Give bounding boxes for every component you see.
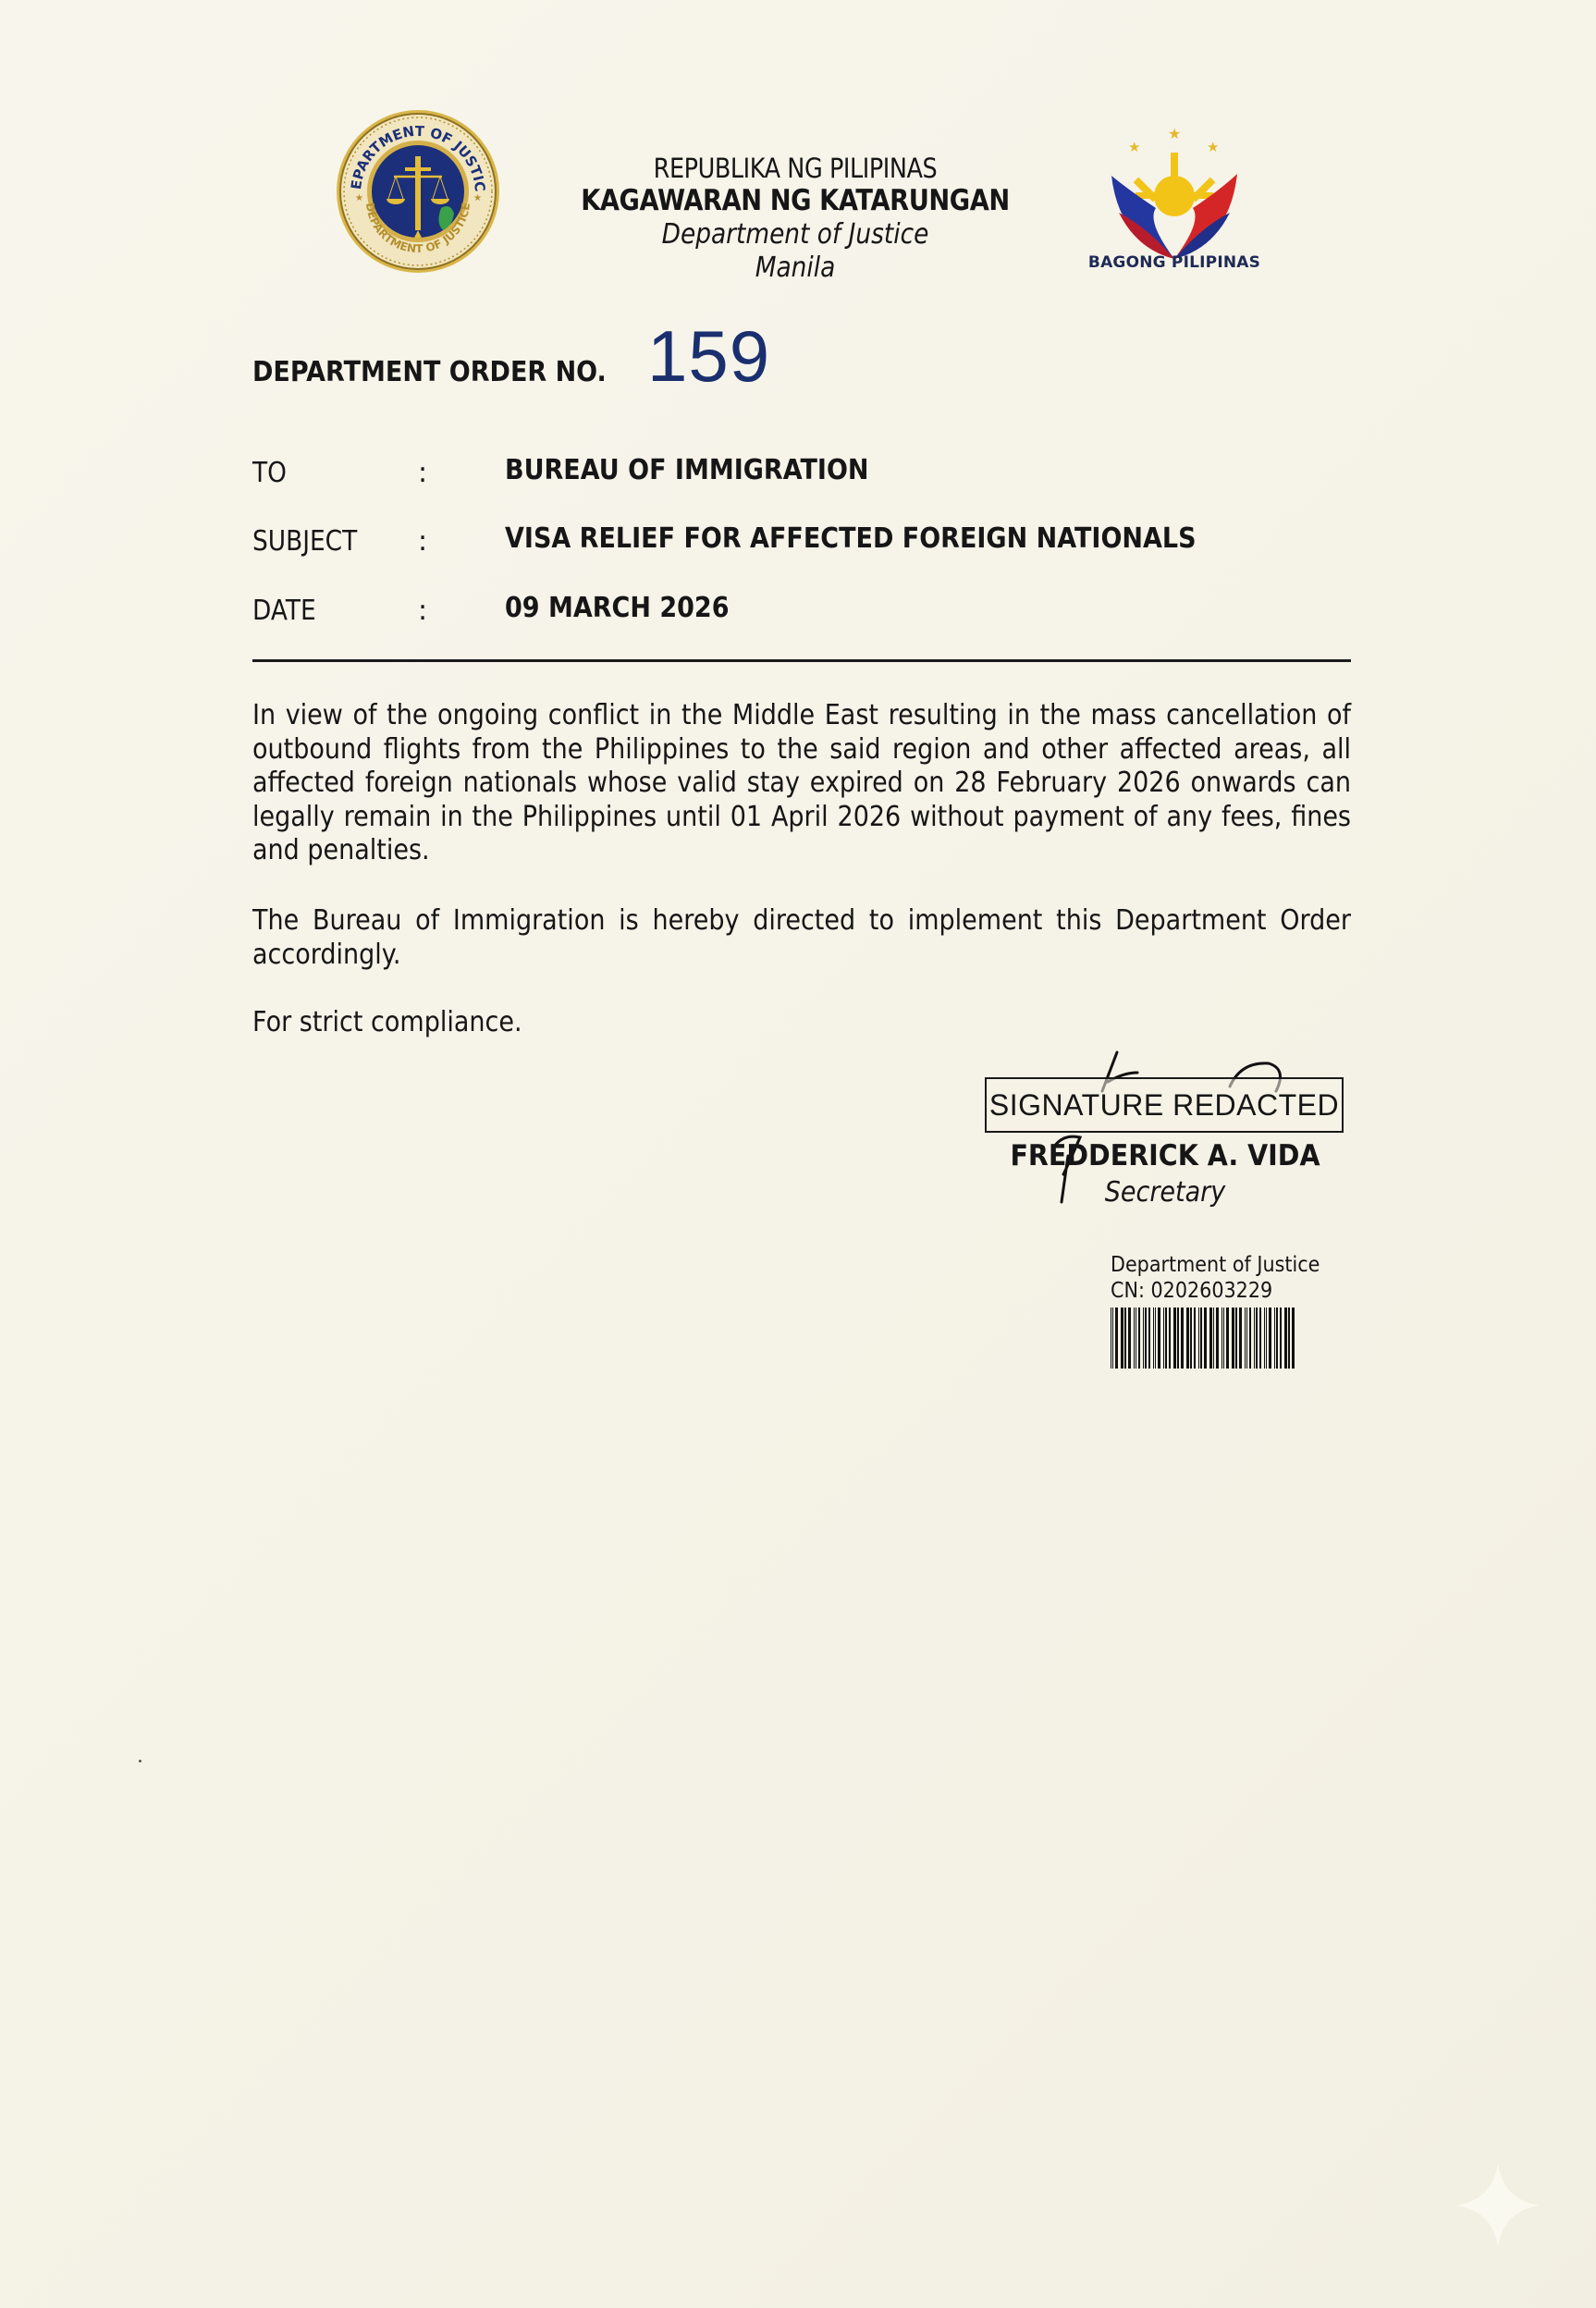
bagong-pilipinas-logo: ★ ★ ★ bbox=[1091, 111, 1258, 277]
svg-text:★: ★ bbox=[1128, 139, 1140, 155]
control-organization: Department of Justice bbox=[1111, 1253, 1320, 1277]
memo-subject-value: VISA RELIEF FOR AFFECTED FOREIGN NATIONA… bbox=[505, 522, 1197, 555]
body-paragraph-3: For strict compliance. bbox=[252, 1006, 1351, 1040]
department-order-number: 159 bbox=[647, 314, 770, 399]
memo-date-label: DATE bbox=[252, 595, 316, 627]
barcode bbox=[1111, 1307, 1295, 1369]
control-number: CN: 0202603229 bbox=[1111, 1279, 1272, 1303]
bagong-pilipinas-label: BAGONG PILIPINAS bbox=[1077, 253, 1271, 272]
letterhead-agency-filipino: KAGAWARAN NG KATARUNGAN bbox=[551, 184, 1039, 217]
svg-text:★: ★ bbox=[1207, 139, 1219, 155]
letterhead-city: Manila bbox=[551, 252, 1039, 284]
memo-subject-colon: : bbox=[418, 525, 427, 558]
header-divider bbox=[252, 659, 1351, 662]
doj-seal-logo: DEPARTMENT OF JUSTICE DEPARTMENT OF JUST… bbox=[335, 108, 501, 275]
sparkle-watermark-icon bbox=[1452, 2159, 1544, 2252]
letterhead-republic: REPUBLIKA NG PILIPINAS bbox=[551, 153, 1039, 184]
memo-to-value: BUREAU OF IMMIGRATION bbox=[505, 454, 869, 486]
svg-text:★: ★ bbox=[473, 193, 482, 203]
body-paragraph-2: The Bureau of Immigration is hereby dire… bbox=[252, 904, 1351, 972]
signature-redacted-box: SIGNATURE REDACTED bbox=[985, 1077, 1344, 1133]
signer-name: FREDDERICK A. VIDA bbox=[978, 1139, 1353, 1172]
svg-text:★: ★ bbox=[355, 193, 363, 203]
memo-date-value: 09 MARCH 2026 bbox=[505, 592, 729, 624]
stray-mark bbox=[139, 1760, 141, 1762]
memo-to-label: TO bbox=[252, 457, 287, 489]
department-order-label: DEPARTMENT ORDER NO. bbox=[252, 356, 607, 388]
memo-to-colon: : bbox=[418, 457, 427, 489]
memo-subject-label: SUBJECT bbox=[252, 525, 357, 558]
svg-text:★: ★ bbox=[1168, 125, 1181, 142]
signer-title: Secretary bbox=[982, 1176, 1348, 1209]
letterhead-agency-english: Department of Justice bbox=[551, 218, 1039, 251]
body-paragraph-1: In view of the ongoing conflict in the M… bbox=[252, 699, 1351, 868]
memo-date-colon: : bbox=[418, 595, 427, 627]
